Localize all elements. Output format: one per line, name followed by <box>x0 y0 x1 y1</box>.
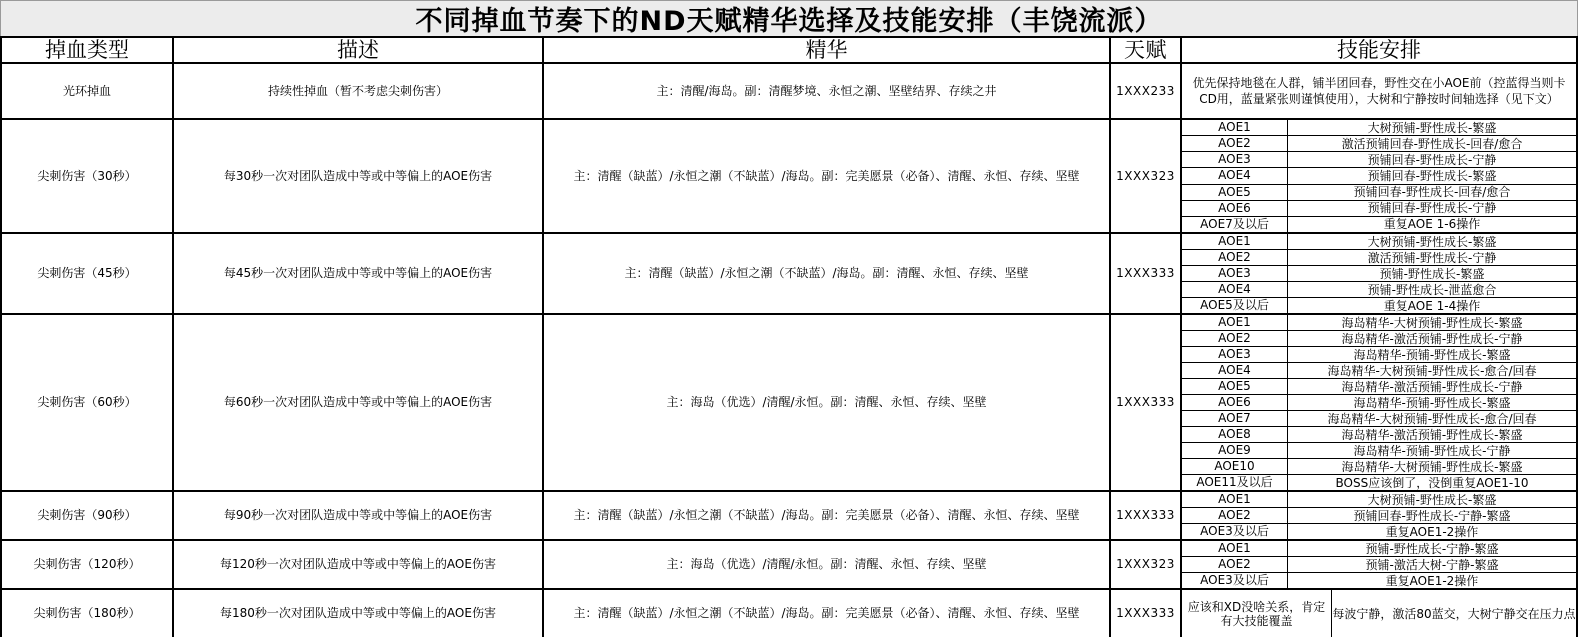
table-row: 尖刺伤害（30秒）每30秒一次对团队造成中等或中等偏上的AOE伤害主：清醒（缺蓝… <box>2 120 1576 234</box>
skill-subrow: AOE4预铺-野性成长-泄蓝愈合 <box>1182 281 1576 297</box>
skills-cell: AOE1大树预铺-野性成长-繁盛AOE2激活预铺回春-野性成长-回春/愈合AOE… <box>1180 120 1576 232</box>
skill-phase-label: AOE3及以后 <box>1182 524 1288 539</box>
skill-phase-label: AOE1 <box>1182 492 1288 507</box>
blood-type-cell: 尖刺伤害（90秒） <box>2 492 172 539</box>
skill-detail: 海岛精华-激活预铺-野性成长-宁静 <box>1288 331 1576 346</box>
skill-phase-label: AOE2 <box>1182 557 1288 572</box>
skills-cell: 优先保持地毯在人群，铺半团回春，野性交在小AOE前（控蓝得当则卡CD用，蓝量紧张… <box>1180 64 1576 118</box>
table-body: 光环掉血持续性掉血（暂不考虑尖刺伤害）主：清醒/海岛。副：清醒梦境、永恒之潮、坚… <box>2 64 1576 637</box>
skill-phase-label: AOE2 <box>1182 136 1288 151</box>
skill-detail: 激活预铺回春-野性成长-回春/愈合 <box>1288 136 1576 151</box>
skill-subrow: AOE4预铺回春-野性成长-繁盛 <box>1182 167 1576 183</box>
blood-type-cell: 尖刺伤害（45秒） <box>2 234 172 313</box>
description-cell: 持续性掉血（暂不考虑尖刺伤害） <box>172 64 542 118</box>
skill-subrow: AOE11及以后BOSS应该倒了，没倒重复AOE1-10 <box>1182 474 1576 490</box>
skill-subrow: AOE8海岛精华-激活预铺-野性成长-繁盛 <box>1182 426 1576 442</box>
essence-cell: 主：清醒/海岛。副：清醒梦境、永恒之潮、坚壁结界、存续之井 <box>542 64 1109 118</box>
skill-phase-label: AOE2 <box>1182 250 1288 265</box>
skill-subrow: AOE2预铺回春-野性成长-宁静-繁盛 <box>1182 507 1576 523</box>
skills-cell: AOE1大树预铺-野性成长-繁盛AOE2激活预铺-野性成长-宁静AOE3预铺-野… <box>1180 234 1576 313</box>
blood-type-cell: 尖刺伤害（60秒） <box>2 315 172 490</box>
talent-table-sheet: 不同掉血节奏下的ND天赋精华选择及技能安排（丰饶流派） 掉血类型 描述 精华 天… <box>0 0 1578 637</box>
description-cell: 每30秒一次对团队造成中等或中等偏上的AOE伤害 <box>172 120 542 232</box>
skill-subrow: AOE9海岛精华-预铺-野性成长-宁静 <box>1182 442 1576 458</box>
table-row: 尖刺伤害（60秒）每60秒一次对团队造成中等或中等偏上的AOE伤害主：海岛（优选… <box>2 315 1576 492</box>
skills-cell: AOE1预铺-野性成长-宁静-繁盛AOE2预铺-激活大树-宁静-繁盛AOE3及以… <box>1180 541 1576 588</box>
skill-subrow: AOE3及以后重复AOE1-2操作 <box>1182 523 1576 539</box>
skill-phase-label: AOE2 <box>1182 508 1288 523</box>
skills-note: 优先保持地毯在人群，铺半团回春，野性交在小AOE前（控蓝得当则卡CD用，蓝量紧张… <box>1182 73 1576 109</box>
skill-phase-label: AOE11及以后 <box>1182 475 1288 490</box>
skill-phase-label: 应该和XD没啥关系，肯定有大技能覆盖 <box>1182 590 1332 637</box>
page-title: 不同掉血节奏下的ND天赋精华选择及技能安排（丰饶流派） <box>0 0 1578 36</box>
skill-detail: 大树预铺-野性成长-繁盛 <box>1288 120 1576 135</box>
skill-phase-label: AOE8 <box>1182 427 1288 442</box>
essence-cell: 主：海岛（优选）/清醒/永恒。副：清醒、永恒、存续、坚壁 <box>542 315 1109 490</box>
skill-detail: 重复AOE1-2操作 <box>1288 573 1576 588</box>
skill-subrow: AOE5海岛精华-激活预铺-野性成长-宁静 <box>1182 378 1576 394</box>
table-row: 光环掉血持续性掉血（暂不考虑尖刺伤害）主：清醒/海岛。副：清醒梦境、永恒之潮、坚… <box>2 64 1576 120</box>
skill-detail: 激活预铺-野性成长-宁静 <box>1288 250 1576 265</box>
description-cell: 每180秒一次对团队造成中等或中等偏上的AOE伤害 <box>172 590 542 637</box>
skill-phase-label: AOE3及以后 <box>1182 573 1288 588</box>
skill-detail: 海岛精华-预铺-野性成长-繁盛 <box>1288 347 1576 362</box>
skill-detail: 预铺-激活大树-宁静-繁盛 <box>1288 557 1576 572</box>
skill-phase-label: AOE1 <box>1182 541 1288 556</box>
skill-phase-label: AOE10 <box>1182 459 1288 474</box>
skill-phase-label: AOE3 <box>1182 347 1288 362</box>
skill-subrow: AOE1大树预铺-野性成长-繁盛 <box>1182 492 1576 507</box>
essence-cell: 主：清醒（缺蓝）/永恒之潮（不缺蓝）/海岛。副：完美愿景（必备）、清醒、永恒、存… <box>542 120 1109 232</box>
skill-subrow: AOE2激活预铺-野性成长-宁静 <box>1182 249 1576 265</box>
skills-cell: AOE1海岛精华-大树预铺-野性成长-繁盛AOE2海岛精华-激活预铺-野性成长-… <box>1180 315 1576 490</box>
skill-phase-label: AOE7 <box>1182 411 1288 426</box>
skill-subrow: AOE6预铺回春-野性成长-宁静 <box>1182 200 1576 216</box>
header-row: 掉血类型 描述 精华 天赋 技能安排 <box>2 38 1576 64</box>
table-row: 尖刺伤害（90秒）每90秒一次对团队造成中等或中等偏上的AOE伤害主：清醒（缺蓝… <box>2 492 1576 541</box>
skill-detail: 预铺回春-野性成长-繁盛 <box>1288 168 1576 183</box>
skill-subrow: AOE2海岛精华-激活预铺-野性成长-宁静 <box>1182 330 1576 346</box>
skill-detail: 预铺-野性成长-宁静-繁盛 <box>1288 541 1576 556</box>
skill-subrow: 应该和XD没啥关系，肯定有大技能覆盖每波宁静，激活80蓝交，大树宁静交在压力点 <box>1182 590 1576 637</box>
skill-detail: 海岛精华-预铺-野性成长-繁盛 <box>1288 395 1576 410</box>
skill-detail: 大树预铺-野性成长-繁盛 <box>1288 492 1576 507</box>
skill-subrow: AOE5及以后重复AOE 1-4操作 <box>1182 297 1576 313</box>
skill-phase-label: AOE1 <box>1182 234 1288 249</box>
skill-phase-label: AOE6 <box>1182 395 1288 410</box>
skill-detail: 海岛精华-大树预铺-野性成长-愈合/回春 <box>1288 363 1576 378</box>
skill-subrow: AOE6海岛精华-预铺-野性成长-繁盛 <box>1182 394 1576 410</box>
skill-phase-label: AOE9 <box>1182 443 1288 458</box>
header-description: 描述 <box>172 38 542 62</box>
skill-detail: 海岛精华-大树预铺-野性成长-愈合/回春 <box>1288 411 1576 426</box>
skill-subrow: AOE7海岛精华-大树预铺-野性成长-愈合/回春 <box>1182 410 1576 426</box>
table-row: 尖刺伤害（45秒）每45秒一次对团队造成中等或中等偏上的AOE伤害主：清醒（缺蓝… <box>2 234 1576 315</box>
skills-cell: AOE1大树预铺-野性成长-繁盛AOE2预铺回春-野性成长-宁静-繁盛AOE3及… <box>1180 492 1576 539</box>
skill-subrow: AOE3及以后重复AOE1-2操作 <box>1182 572 1576 588</box>
skill-detail: 海岛精华-大树预铺-野性成长-繁盛 <box>1288 459 1576 474</box>
description-cell: 每90秒一次对团队造成中等或中等偏上的AOE伤害 <box>172 492 542 539</box>
blood-type-cell: 尖刺伤害（30秒） <box>2 120 172 232</box>
talent-cell: 1XXX333 <box>1109 315 1180 490</box>
talent-cell: 1XXX333 <box>1109 492 1180 539</box>
skill-subrow: AOE2激活预铺回春-野性成长-回春/愈合 <box>1182 135 1576 151</box>
essence-cell: 主：清醒（缺蓝）/永恒之潮（不缺蓝）/海岛。副：完美愿景（必备）、清醒、永恒、存… <box>542 492 1109 539</box>
skill-phase-label: AOE2 <box>1182 331 1288 346</box>
skill-detail: 预铺-野性成长-繁盛 <box>1288 266 1576 281</box>
skill-subrow: AOE2预铺-激活大树-宁静-繁盛 <box>1182 556 1576 572</box>
skill-phase-label: AOE7及以后 <box>1182 217 1288 232</box>
essence-cell: 主：清醒（缺蓝）/永恒之潮（不缺蓝）/海岛。副：完美愿景（必备）、清醒、永恒、存… <box>542 590 1109 637</box>
skill-detail: 预铺回春-野性成长-宁静 <box>1288 201 1576 216</box>
skill-subrow: AOE3海岛精华-预铺-野性成长-繁盛 <box>1182 346 1576 362</box>
skill-subrow: AOE10海岛精华-大树预铺-野性成长-繁盛 <box>1182 458 1576 474</box>
skill-phase-label: AOE1 <box>1182 120 1288 135</box>
skill-subrow: AOE3预铺-野性成长-繁盛 <box>1182 265 1576 281</box>
table-row: 尖刺伤害（120秒）每120秒一次对团队造成中等或中等偏上的AOE伤害主：海岛（… <box>2 541 1576 590</box>
skill-subrow: AOE5预铺回春-野性成长-回春/愈合 <box>1182 184 1576 200</box>
essence-cell: 主：清醒（缺蓝）/永恒之潮（不缺蓝）/海岛。副：清醒、永恒、存续、坚壁 <box>542 234 1109 313</box>
skill-phase-label: AOE4 <box>1182 168 1288 183</box>
skill-subrow: AOE1预铺-野性成长-宁静-繁盛 <box>1182 541 1576 556</box>
header-talent: 天赋 <box>1109 38 1180 62</box>
skill-detail: BOSS应该倒了，没倒重复AOE1-10 <box>1288 475 1576 490</box>
skill-detail: 海岛精华-激活预铺-野性成长-繁盛 <box>1288 427 1576 442</box>
skill-detail: 大树预铺-野性成长-繁盛 <box>1288 234 1576 249</box>
skill-subrow: AOE1海岛精华-大树预铺-野性成长-繁盛 <box>1182 315 1576 330</box>
blood-type-cell: 尖刺伤害（180秒） <box>2 590 172 637</box>
blood-type-cell: 光环掉血 <box>2 64 172 118</box>
skill-subrow: AOE7及以后重复AOE 1-6操作 <box>1182 216 1576 232</box>
skill-detail: 预铺回春-野性成长-回春/愈合 <box>1288 185 1576 200</box>
header-skill-arrangement: 技能安排 <box>1180 38 1576 62</box>
talent-cell: 1XXX323 <box>1109 120 1180 232</box>
skill-phase-label: AOE3 <box>1182 152 1288 167</box>
skill-subrow: AOE1大树预铺-野性成长-繁盛 <box>1182 234 1576 249</box>
header-essence: 精华 <box>542 38 1109 62</box>
skill-detail: 海岛精华-激活预铺-野性成长-宁静 <box>1288 379 1576 394</box>
skill-detail: 海岛精华-大树预铺-野性成长-繁盛 <box>1288 315 1576 330</box>
skill-detail: 预铺回春-野性成长-宁静-繁盛 <box>1288 508 1576 523</box>
table-row: 尖刺伤害（180秒）每180秒一次对团队造成中等或中等偏上的AOE伤害主：清醒（… <box>2 590 1576 637</box>
skill-phase-label: AOE3 <box>1182 266 1288 281</box>
skill-phase-label: AOE4 <box>1182 282 1288 297</box>
skill-detail: 海岛精华-预铺-野性成长-宁静 <box>1288 443 1576 458</box>
talent-cell: 1XXX333 <box>1109 234 1180 313</box>
header-blood-type: 掉血类型 <box>2 38 172 62</box>
skills-cell: 应该和XD没啥关系，肯定有大技能覆盖每波宁静，激活80蓝交，大树宁静交在压力点 <box>1180 590 1576 637</box>
skill-phase-label: AOE1 <box>1182 315 1288 330</box>
description-cell: 每120秒一次对团队造成中等或中等偏上的AOE伤害 <box>172 541 542 588</box>
blood-type-cell: 尖刺伤害（120秒） <box>2 541 172 588</box>
skill-detail: 预铺回春-野性成长-宁静 <box>1288 152 1576 167</box>
skill-subrow: AOE3预铺回春-野性成长-宁静 <box>1182 151 1576 167</box>
skill-detail: 预铺-野性成长-泄蓝愈合 <box>1288 282 1576 297</box>
talent-cell: 1XXX233 <box>1109 64 1180 118</box>
skill-phase-label: AOE6 <box>1182 201 1288 216</box>
essence-cell: 主：海岛（优选）/清醒/永恒。副：清醒、永恒、存续、坚壁 <box>542 541 1109 588</box>
skill-phase-label: AOE5及以后 <box>1182 298 1288 313</box>
skill-subrow: AOE4海岛精华-大树预铺-野性成长-愈合/回春 <box>1182 362 1576 378</box>
skill-detail: 每波宁静，激活80蓝交，大树宁静交在压力点 <box>1332 590 1576 637</box>
skill-phase-label: AOE5 <box>1182 185 1288 200</box>
skill-subrow: AOE1大树预铺-野性成长-繁盛 <box>1182 120 1576 135</box>
description-cell: 每45秒一次对团队造成中等或中等偏上的AOE伤害 <box>172 234 542 313</box>
skill-phase-label: AOE4 <box>1182 363 1288 378</box>
skill-detail: 重复AOE 1-6操作 <box>1288 217 1576 232</box>
talent-cell: 1XXX333 <box>1109 590 1180 637</box>
skill-phase-label: AOE5 <box>1182 379 1288 394</box>
talent-cell: 1XXX323 <box>1109 541 1180 588</box>
description-cell: 每60秒一次对团队造成中等或中等偏上的AOE伤害 <box>172 315 542 490</box>
skill-detail: 重复AOE 1-4操作 <box>1288 298 1576 313</box>
talent-table: 掉血类型 描述 精华 天赋 技能安排 光环掉血持续性掉血（暂不考虑尖刺伤害）主：… <box>0 36 1578 637</box>
skill-detail: 重复AOE1-2操作 <box>1288 524 1576 539</box>
